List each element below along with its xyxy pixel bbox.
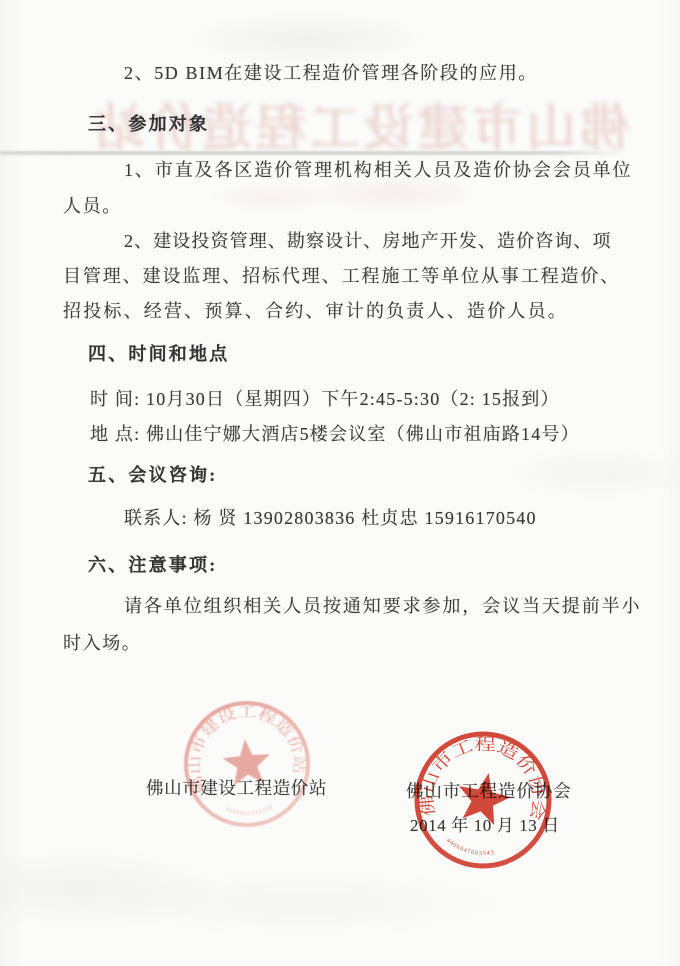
contact-line: 联系人: 杨 贤 13902803836 杜贞忠 15916170540 xyxy=(124,507,537,530)
location-line: 地 点: 佛山佳宁娜大酒店5楼会议室（佛山市祖庙路14号） xyxy=(90,423,580,446)
body-line: 时入场。 xyxy=(63,632,141,655)
body-line: 人员。 xyxy=(63,195,122,218)
section-heading-3: 三、参加对象 xyxy=(88,113,209,136)
section-heading-6: 六、注意事项: xyxy=(88,554,217,577)
section-heading-5: 五、会议咨询: xyxy=(88,464,217,487)
body-line: 目管理、建设监理、招标代理、工程施工等单位从事工程造价、 xyxy=(63,265,620,288)
official-seal-right: 佛山市工程造价协会 4406047003543 xyxy=(401,718,565,882)
agenda-item-line: 2、5D BIM在建设工程造价管理各阶段的应用。 xyxy=(124,62,538,85)
official-seal-left: 佛山市建设工程造价站 4406041018188 xyxy=(172,689,322,839)
star-icon xyxy=(453,768,515,828)
ghost-letterhead-rule xyxy=(0,151,627,155)
seal-serial: 4406041018188 xyxy=(224,802,275,819)
scanned-notice-page: 佛山市建设工程造价站 2、5D BIM在建设工程造价管理各阶段的应用。 三、参加… xyxy=(0,0,680,966)
body-line: 请各单位组织相关人员按通知要求参加，会议当天提前半小 xyxy=(124,595,641,618)
body-line: 招投标、经营、预算、合约、审计的负责人、造价人员。 xyxy=(63,300,568,323)
body-line: 2、建设投资管理、勘察设计、房地产开发、造价咨询、项 xyxy=(124,230,612,253)
star-icon xyxy=(221,737,272,786)
time-line: 时 间: 10月30日（星期四）下午2:45-5:30（2: 15报到） xyxy=(90,388,560,411)
body-line: 1、市直及各区造价管理机构相关人员及造价协会会员单位 xyxy=(124,159,632,182)
section-heading-4: 四、时间和地点 xyxy=(88,343,229,366)
